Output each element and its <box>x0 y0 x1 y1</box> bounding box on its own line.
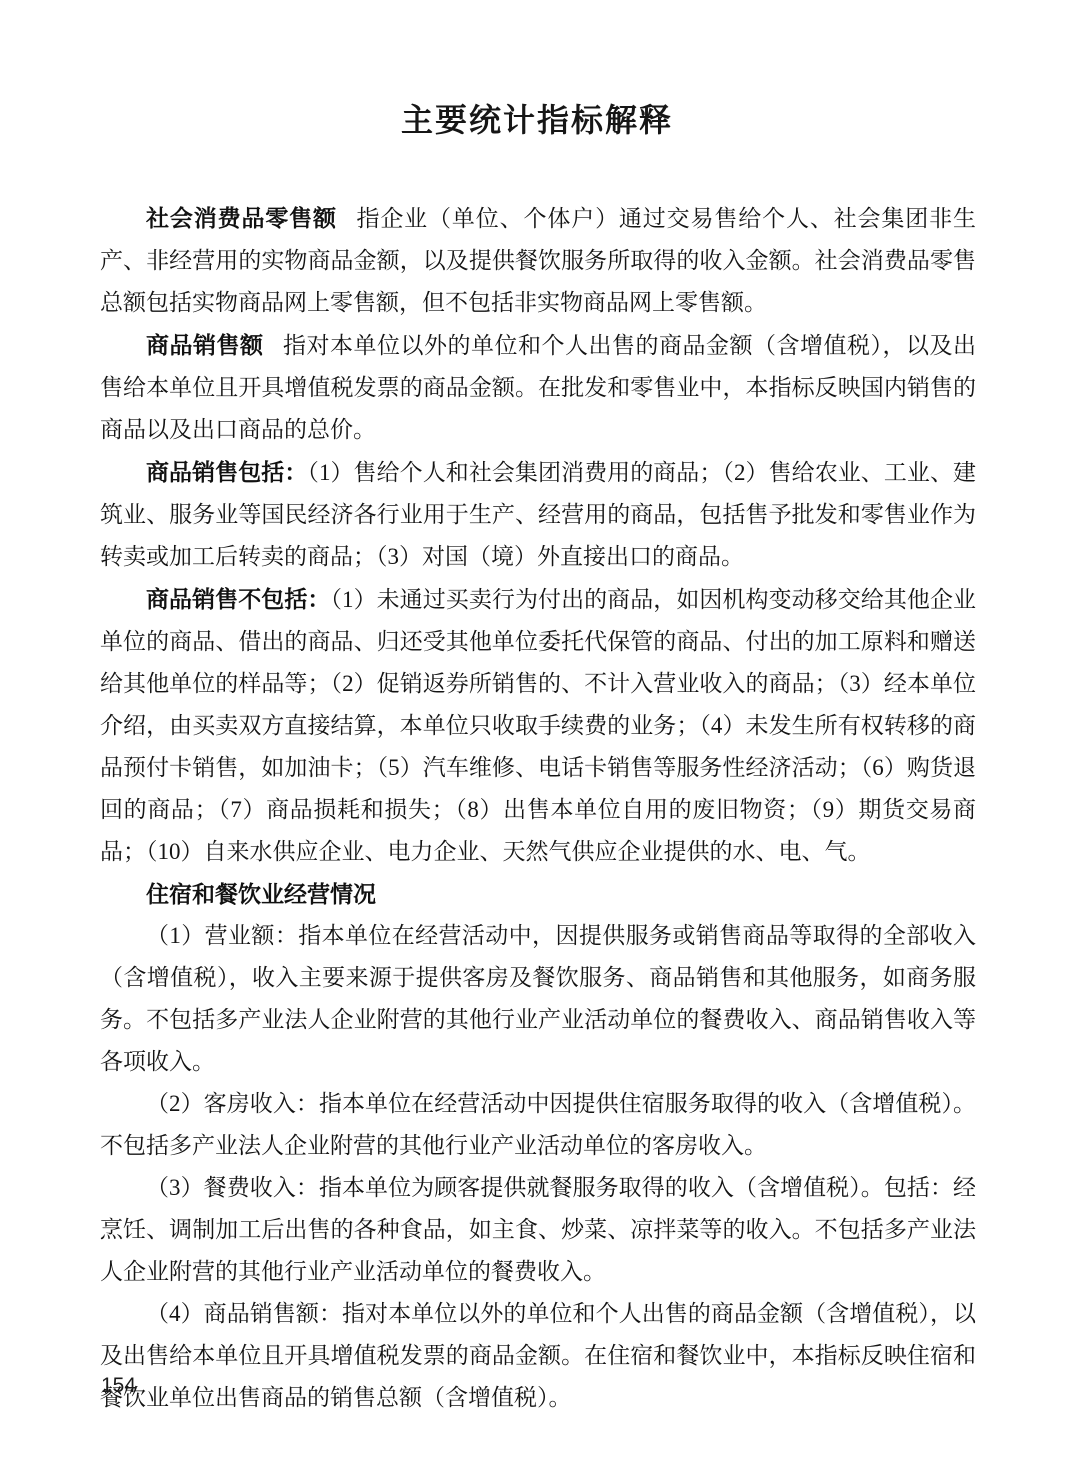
definition-text: （1）未通过买卖行为付出的商品，如因机构变动移交给其他企业单位的商品、借出的商品… <box>100 587 976 864</box>
content-body: 社会消费品零售额指企业（单位、个体户）通过交易售给个人、社会集团非生产、非经营用… <box>100 197 976 1419</box>
definition-text: （1）营业额：指本单位在经营活动中，因提供服务或销售商品等取得的全部收入（含增值… <box>100 923 976 1074</box>
list-item-paragraph: （4）商品销售额：指对本单位以外的单位和个人出售的商品金额（含增值税），以及出售… <box>100 1293 976 1419</box>
definition-text: （3）餐费收入：指本单位为顾客提供就餐服务取得的收入（含增值税）。包括：经烹饪、… <box>100 1175 976 1284</box>
page-number: 154 <box>101 1374 136 1398</box>
definition-text: （2）客房收入：指本单位在经营活动中因提供住宿服务取得的收入（含增值税）。不包括… <box>100 1091 976 1158</box>
page-title: 主要统计指标解释 <box>0 0 1074 141</box>
definition-paragraph: 商品销售额指对本单位以外的单位和个人出售的商品金额（含增值税），以及出售给本单位… <box>100 324 976 451</box>
list-item-paragraph: （1）营业额：指本单位在经营活动中，因提供服务或销售商品等取得的全部收入（含增值… <box>100 915 976 1083</box>
term-label: 社会消费品零售额 <box>146 205 337 231</box>
list-item-paragraph: （2）客房收入：指本单位在经营活动中因提供住宿服务取得的收入（含增值税）。不包括… <box>100 1083 976 1167</box>
definition-text: （4）商品销售额：指对本单位以外的单位和个人出售的商品金额（含增值税），以及出售… <box>100 1301 976 1410</box>
section-heading: 住宿和餐饮业经营情况 <box>100 873 976 915</box>
definition-paragraph: 商品销售包括：（1）售给个人和社会集团消费用的商品；（2）售给农业、工业、建筑业… <box>100 451 976 578</box>
document-page: 主要统计指标解释 社会消费品零售额指企业（单位、个体户）通过交易售给个人、社会集… <box>0 0 1074 1458</box>
term-label: 商品销售包括： <box>146 459 307 485</box>
definition-paragraph: 商品销售不包括：（1）未通过买卖行为付出的商品，如因机构变动移交给其他企业单位的… <box>100 578 976 873</box>
list-item-paragraph: （3）餐费收入：指本单位为顾客提供就餐服务取得的收入（含增值税）。包括：经烹饪、… <box>100 1167 976 1293</box>
term-label: 商品销售不包括： <box>146 586 330 612</box>
definition-paragraph: 社会消费品零售额指企业（单位、个体户）通过交易售给个人、社会集团非生产、非经营用… <box>100 197 976 324</box>
term-label: 商品销售额 <box>146 332 264 358</box>
